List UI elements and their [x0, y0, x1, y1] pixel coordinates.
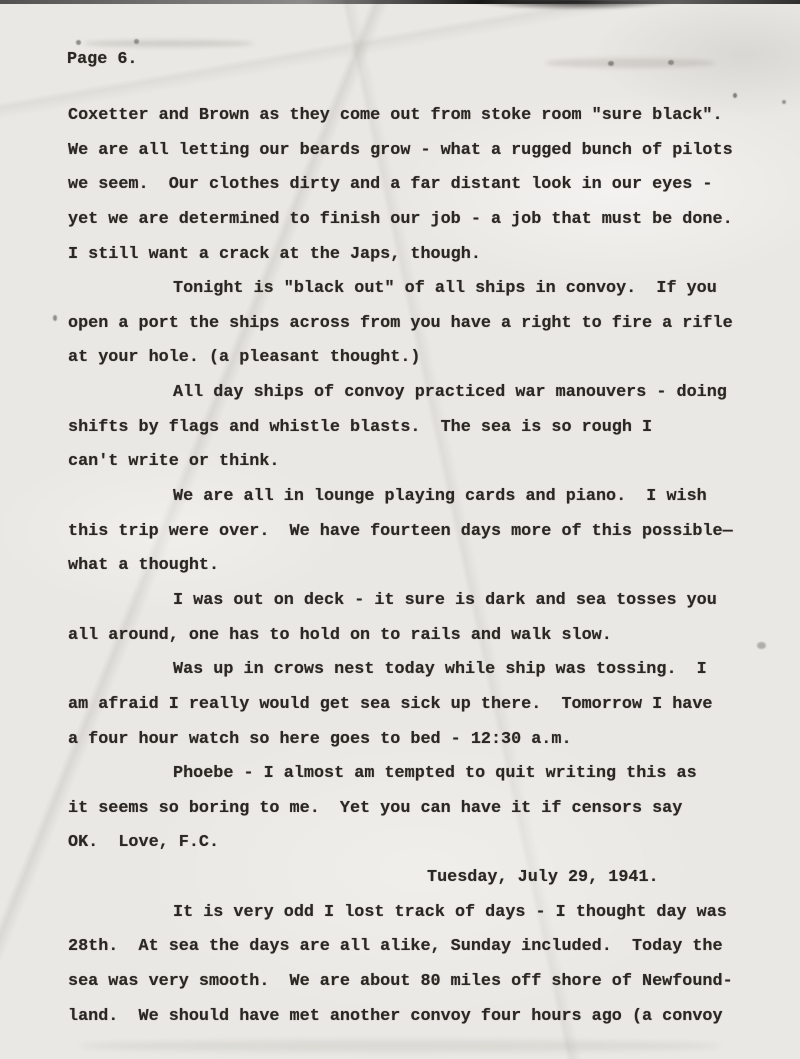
scan-smudge — [84, 40, 254, 47]
text-line: We are all in lounge playing cards and p… — [68, 480, 778, 515]
page-number-label: Page 6. — [67, 50, 138, 69]
scan-edge-artifact — [0, 0, 800, 4]
text-line: am afraid I really would get sea sick up… — [68, 688, 778, 723]
text-line: Phoebe - I almost am tempted to quit wri… — [68, 757, 778, 792]
scan-smudge — [608, 61, 614, 66]
scan-smudge — [668, 60, 674, 65]
scan-smudge — [733, 93, 737, 98]
date-heading: Tuesday, July 29, 1941. — [68, 861, 778, 896]
scan-smudge — [76, 40, 81, 45]
text-line: OK. Love, F.C. — [68, 826, 778, 861]
scan-smudge — [134, 39, 139, 44]
text-line: open a port the ships across from you ha… — [68, 307, 778, 342]
text-line: We are all letting our beards grow - wha… — [68, 134, 778, 169]
text-line: can't write or think. — [68, 445, 778, 480]
scan-smudge — [545, 58, 715, 68]
text-line: shifts by flags and whistle blasts. The … — [68, 411, 778, 446]
text-line: a four hour watch so here goes to bed - … — [68, 723, 778, 758]
text-line: It is very odd I lost track of days - I … — [68, 896, 778, 931]
text-line: we seem. Our clothes dirty and a far dis… — [68, 168, 778, 203]
text-line: Coxetter and Brown as they come out from… — [68, 99, 778, 134]
text-line: yet we are determined to finish our job … — [68, 203, 778, 238]
text-line: Was up in crows nest today while ship wa… — [68, 653, 778, 688]
document-text: Coxetter and Brown as they come out from… — [68, 99, 778, 1034]
text-line: sea was very smooth. We are about 80 mil… — [68, 965, 778, 1000]
scanned-document-page: Page 6. Coxetter and Brown as they come … — [0, 0, 800, 1059]
text-line: all around, one has to hold on to rails … — [68, 619, 778, 654]
scan-smudge — [782, 100, 786, 104]
text-line: I was out on deck - it sure is dark and … — [68, 584, 778, 619]
text-line: it seems so boring to me. Yet you can ha… — [68, 792, 778, 827]
text-line: at your hole. (a pleasant thought.) — [68, 341, 778, 376]
scan-edge-blob-artifact — [468, 0, 678, 10]
text-line: land. We should have met another convoy … — [68, 1000, 778, 1035]
text-line: All day ships of convoy practiced war ma… — [68, 376, 778, 411]
text-line: what a thought. — [68, 549, 778, 584]
text-line: Tonight is "black out" of all ships in c… — [68, 272, 778, 307]
scan-smudge — [80, 1040, 720, 1052]
scan-smudge — [53, 315, 57, 321]
text-line: this trip were over. We have fourteen da… — [68, 515, 778, 550]
text-line: 28th. At sea the days are all alike, Sun… — [68, 930, 778, 965]
text-line: I still want a crack at the Japs, though… — [68, 238, 778, 273]
